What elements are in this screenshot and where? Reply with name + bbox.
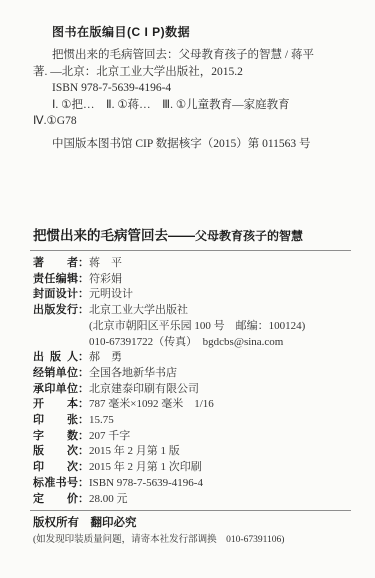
- colophon-row-value: 2015 年 2 月第 1 版: [89, 445, 180, 457]
- colophon-row-value: ISBN 978-7-5639-4196-4: [89, 477, 203, 489]
- book-title: 把惯出来的毛病管回去——父母教育孩子的智慧: [33, 226, 351, 246]
- colophon-row-colon: ：: [78, 303, 89, 319]
- colophon-row: 开本：787 毫米×1092 毫米 1/16: [33, 397, 351, 413]
- colophon-row-value: 北京工业大学出版社: [89, 304, 188, 316]
- cip-line: 著. —北京：北京工业大学出版社，2015.2: [33, 64, 351, 81]
- colophon-row-value: 北京建泰印刷有限公司: [89, 383, 199, 395]
- quality-note: (如发现印装质量问题，请寄本社发行部调换 010-67391106): [33, 533, 351, 547]
- colophon-row-label: 承印单位: [33, 382, 78, 398]
- colophon-row-colon: ：: [78, 287, 89, 303]
- colophon-row: 版次：2015 年 2 月第 1 版: [33, 444, 351, 460]
- copyright-page: 图书在版编目(C I P)数据 把惯出来的毛病管回去：父母教育孩子的智慧 / 蒋…: [0, 0, 375, 578]
- colophon-row-colon: ：: [78, 256, 89, 272]
- book-title-main: 把惯出来的毛病管回去——: [33, 228, 195, 243]
- copyright-notice: 版权所有 翻印必究: [33, 515, 351, 531]
- colophon-row: 定价：28.00 元: [33, 492, 351, 508]
- colophon-row-value: 010-67391722（传真） bgdcbs@sina.com: [89, 336, 283, 348]
- colophon-row: 经销单位：全国各地新华书店: [33, 366, 351, 382]
- colophon-row-value: 全国各地新华书店: [89, 367, 177, 379]
- colophon-row-label: 责任编辑: [33, 272, 78, 288]
- colophon-row: (北京市朝阳区平乐园 100 号 邮编：100124): [33, 319, 351, 335]
- cip-line: ISBN 978-7-5639-4196-4: [33, 80, 351, 97]
- colophon-row-value: 元明设计: [89, 288, 133, 300]
- book-title-subtitle: 父母教育孩子的智慧: [195, 229, 303, 243]
- colophon-row-label: 字数: [33, 429, 78, 445]
- colophon-row: 著者：蒋 平: [33, 256, 351, 272]
- colophon-row: 出版人：郝 勇: [33, 350, 351, 366]
- colophon-row-value: 郝 勇: [89, 351, 122, 363]
- colophon-row-value: 207 千字: [89, 430, 130, 442]
- colophon-row: 承印单位：北京建泰印刷有限公司: [33, 382, 351, 398]
- colophon-row-label: 封面设计: [33, 287, 78, 303]
- colophon-row-label: 版次: [33, 444, 78, 460]
- colophon-row-label: 著者: [33, 256, 78, 272]
- colophon-row-colon: ：: [78, 397, 89, 413]
- colophon-row-value: 符彩娟: [89, 273, 122, 285]
- colophon-row-colon: ：: [78, 492, 89, 508]
- colophon-row-colon: ：: [78, 444, 89, 460]
- colophon-row-value: 2015 年 2 月第 1 次印刷: [89, 461, 202, 473]
- colophon-row-label: 出版发行: [33, 303, 78, 319]
- colophon-row-label: 印次: [33, 460, 78, 476]
- colophon-row-value: 15.75: [89, 414, 114, 426]
- colophon-row-colon: ：: [78, 460, 89, 476]
- colophon-row-value: 787 毫米×1092 毫米 1/16: [89, 398, 214, 410]
- colophon-row-colon: ：: [78, 382, 89, 398]
- colophon-row-value: 28.00 元: [89, 493, 128, 505]
- colophon-row-colon: ：: [78, 476, 89, 492]
- colophon-row: 印次：2015 年 2 月第 1 次印刷: [33, 460, 351, 476]
- divider-rule-bottom: [30, 510, 351, 511]
- cip-line: 把惯出来的毛病管回去：父母教育孩子的智慧 / 蒋平: [33, 47, 351, 64]
- colophon-row-label: 出版人: [33, 350, 78, 366]
- colophon-row: 封面设计：元明设计: [33, 287, 351, 303]
- colophon-row-colon: ：: [78, 272, 89, 288]
- colophon-row-label: 定价: [33, 492, 78, 508]
- colophon-row-colon: ：: [78, 366, 89, 382]
- colophon-row-label: 标准书号: [33, 476, 78, 492]
- colophon-row-label: 开本: [33, 397, 78, 413]
- colophon-row: 010-67391722（传真） bgdcbs@sina.com: [33, 335, 351, 351]
- colophon-row: 责任编辑：符彩娟: [33, 272, 351, 288]
- colophon-row: 字数：207 千字: [33, 429, 351, 445]
- colophon-row-colon: ：: [78, 429, 89, 445]
- colophon-row-colon: ：: [78, 413, 89, 429]
- colophon-row-label: 经销单位: [33, 366, 78, 382]
- colophon-row: 标准书号：ISBN 978-7-5639-4196-4: [33, 476, 351, 492]
- colophon: 著者：蒋 平 责任编辑：符彩娟 封面设计：元明设计 出版发行：北京工业大学出版社…: [33, 256, 351, 507]
- colophon-row-colon: ：: [78, 350, 89, 366]
- cip-line: Ⅰ. ①把… Ⅱ. ①蒋… Ⅲ. ①儿童教育—家庭教育: [33, 97, 351, 114]
- colophon-row-value: 蒋 平: [89, 257, 122, 269]
- colophon-row-value: (北京市朝阳区平乐园 100 号 邮编：100124): [89, 320, 305, 332]
- cip-line: Ⅳ.①G78: [33, 113, 351, 130]
- cip-heading: 图书在版编目(C I P)数据: [33, 24, 351, 40]
- colophon-row: 出版发行：北京工业大学出版社: [33, 303, 351, 319]
- cip-line: 中国版本图书馆 CIP 数据核字（2015）第 011563 号: [33, 136, 351, 153]
- colophon-row: 印张：15.75: [33, 413, 351, 429]
- cip-block: 图书在版编目(C I P)数据 把惯出来的毛病管回去：父母教育孩子的智慧 / 蒋…: [33, 24, 351, 152]
- colophon-row-label: 印张: [33, 413, 78, 429]
- divider-rule-top: [30, 250, 351, 251]
